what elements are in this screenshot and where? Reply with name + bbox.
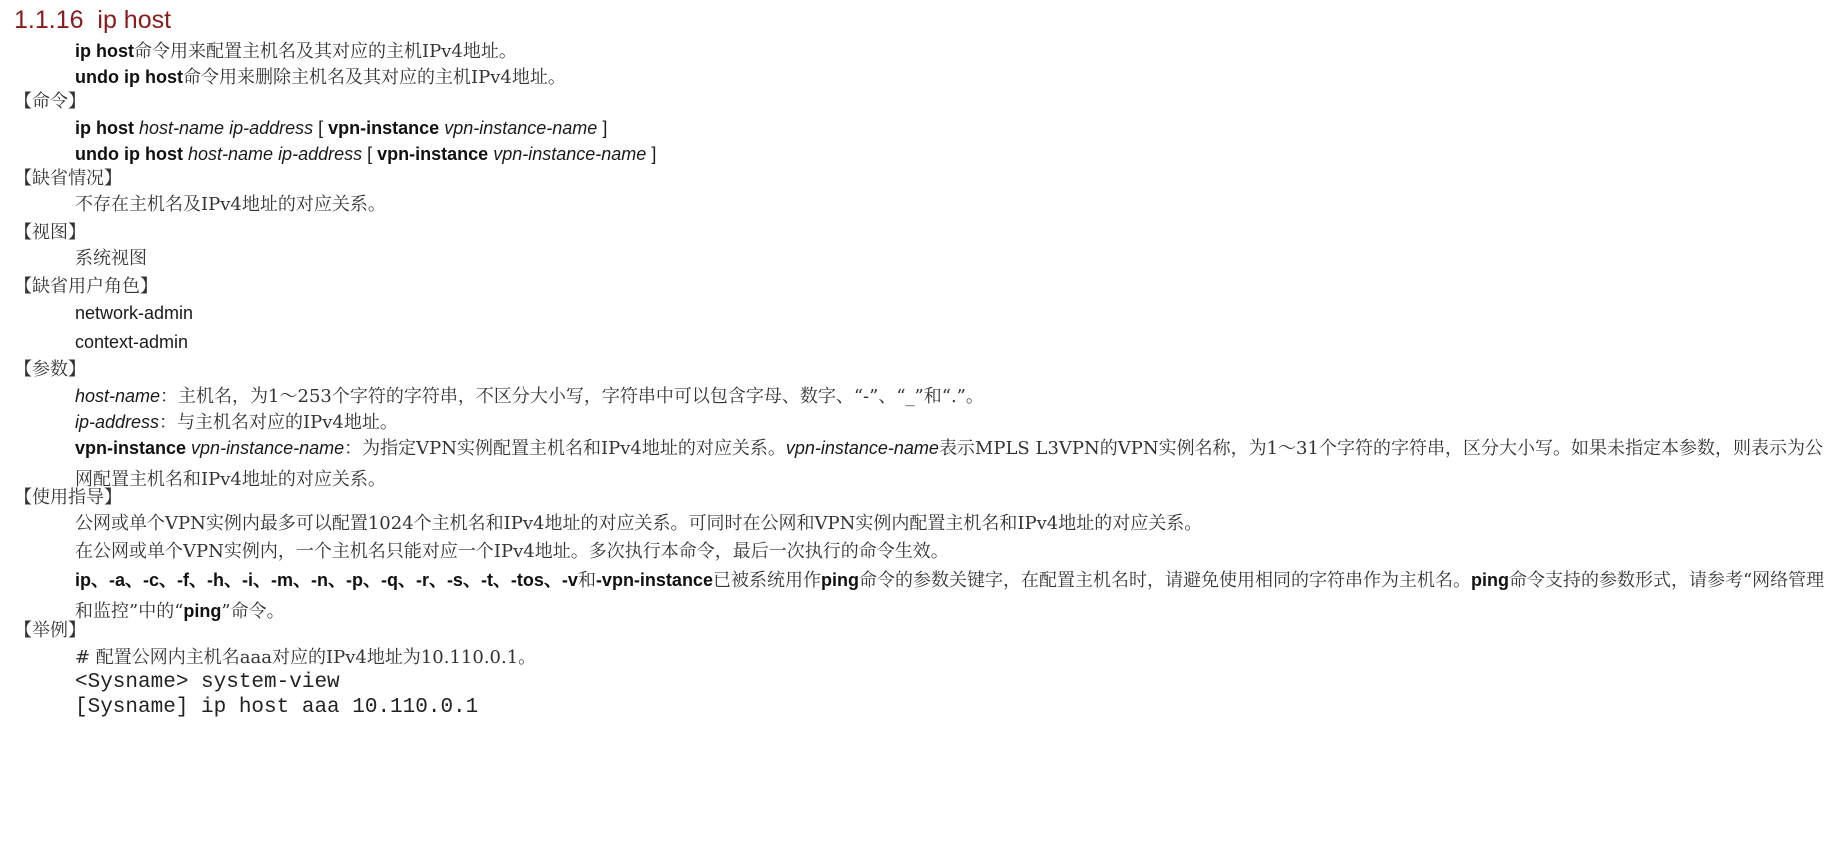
syntax-arg-vpn-instance-name: vpn-instance-name (444, 118, 597, 138)
usage-paragraph-1: 公网或单个VPN实例内最多可以配置1024个主机名和IPv4地址的对应关系。可同… (75, 513, 1202, 535)
syntax-arg-host-name: host-name (139, 118, 224, 138)
param-host-name: host-name：主机名，为1～253个字符的字符串，不区分大小写，字符串中可… (75, 385, 984, 408)
param-description: ：主机名，为1～253个字符的字符串，不区分大小写，字符串中可以包含字母、数字、… (160, 386, 984, 407)
syntax-arg-vpn-instance-name: vpn-instance-name (493, 144, 646, 164)
conjunction-text: 和 (578, 570, 596, 591)
usage-text: 命令的参数关键字，在配置主机名时，请避免使用相同的字符串作为主机名。 (859, 570, 1471, 591)
param-name-ref: vpn-instance-name (786, 438, 939, 458)
syntax-bracket-open: [ (367, 144, 372, 164)
syntax-bracket-close: ] (602, 118, 607, 138)
syntax-undo-ip-host: undo ip host host-name ip-address [ vpn-… (75, 143, 656, 165)
page-title: 1.1.16 ip host (14, 6, 171, 35)
section-example: 【举例】 (14, 620, 86, 642)
intro-ip-host: ip host命令用来配置主机名及其对应的主机IPv4地址。 (75, 40, 517, 63)
param-description: ：与主机名对应的IPv4地址。 (159, 412, 398, 433)
syntax-command: ip host (75, 118, 134, 138)
usage-paragraph-2: 在公网或单个VPN实例内，一个主机名只能对应一个IPv4地址。多次执行本命令，最… (75, 541, 949, 563)
syntax-bracket-close: ] (651, 144, 656, 164)
role-context-admin: context-admin (75, 331, 188, 353)
command-keyword: undo ip host (75, 67, 183, 87)
syntax-arg-ip-address: ip-address (278, 144, 362, 164)
usage-text: ”命令。 (221, 601, 284, 622)
syntax-command: undo ip host (75, 144, 183, 164)
param-name: ip-address (75, 412, 159, 432)
intro-undo-ip-host: undo ip host命令用来删除主机名及其对应的主机IPv4地址。 (75, 66, 566, 89)
syntax-ip-host: ip host host-name ip-address [ vpn-insta… (75, 117, 607, 139)
syntax-keyword-vpn-instance: vpn-instance (377, 144, 488, 164)
syntax-keyword-vpn-instance: vpn-instance (328, 118, 439, 138)
default-text: 不存在主机名及IPv4地址的对应关系。 (75, 194, 386, 216)
section-command: 【命令】 (14, 91, 86, 113)
section-usage-guidelines: 【使用指导】 (14, 487, 122, 509)
example-code-line-1: <Sysname> system-view (75, 670, 340, 696)
intro-text: 命令用来配置主机名及其对应的主机IPv4地址。 (134, 41, 517, 62)
param-name: host-name (75, 386, 160, 406)
ping-keyword: ping (1471, 570, 1509, 590)
section-view: 【视图】 (14, 222, 86, 244)
param-keyword: vpn-instance (75, 438, 186, 458)
param-name: vpn-instance-name (191, 438, 344, 458)
reserved-keyword-vpn-instance: -vpn-instance (596, 570, 713, 590)
reserved-keywords: ip、-a、-c、-f、-h、-i、-m、-n、-p、-q、-r、-s、-t、-… (75, 570, 578, 590)
usage-paragraph-3: ip、-a、-c、-f、-h、-i、-m、-n、-p、-q、-r、-s、-t、-… (75, 565, 1840, 627)
view-text: 系统视图 (75, 248, 147, 270)
section-default-user-role: 【缺省用户角色】 (14, 276, 158, 298)
syntax-arg-host-name: host-name (188, 144, 273, 164)
command-keyword: ip host (75, 41, 134, 61)
ping-keyword: ping (183, 601, 221, 621)
param-vpn-instance: vpn-instance vpn-instance-name：为指定VPN实例配… (75, 433, 1840, 495)
example-comment: # 配置公网内主机名aaa对应的IPv4地址为10.110.0.1。 (75, 647, 536, 669)
ping-keyword: ping (821, 570, 859, 590)
param-ip-address: ip-address：与主机名对应的IPv4地址。 (75, 411, 398, 434)
param-description: ：为指定VPN实例配置主机名和IPv4地址的对应关系。 (344, 438, 786, 459)
usage-text: 已被系统用作 (713, 570, 821, 591)
intro-text: 命令用来删除主机名及其对应的主机IPv4地址。 (183, 67, 566, 88)
section-parameters: 【参数】 (14, 359, 86, 381)
syntax-arg-ip-address: ip-address (229, 118, 313, 138)
syntax-bracket-open: [ (318, 118, 323, 138)
section-default: 【缺省情况】 (14, 168, 122, 190)
role-network-admin: network-admin (75, 302, 193, 324)
example-code-line-2: [Sysname] ip host aaa 10.110.0.1 (75, 695, 478, 721)
